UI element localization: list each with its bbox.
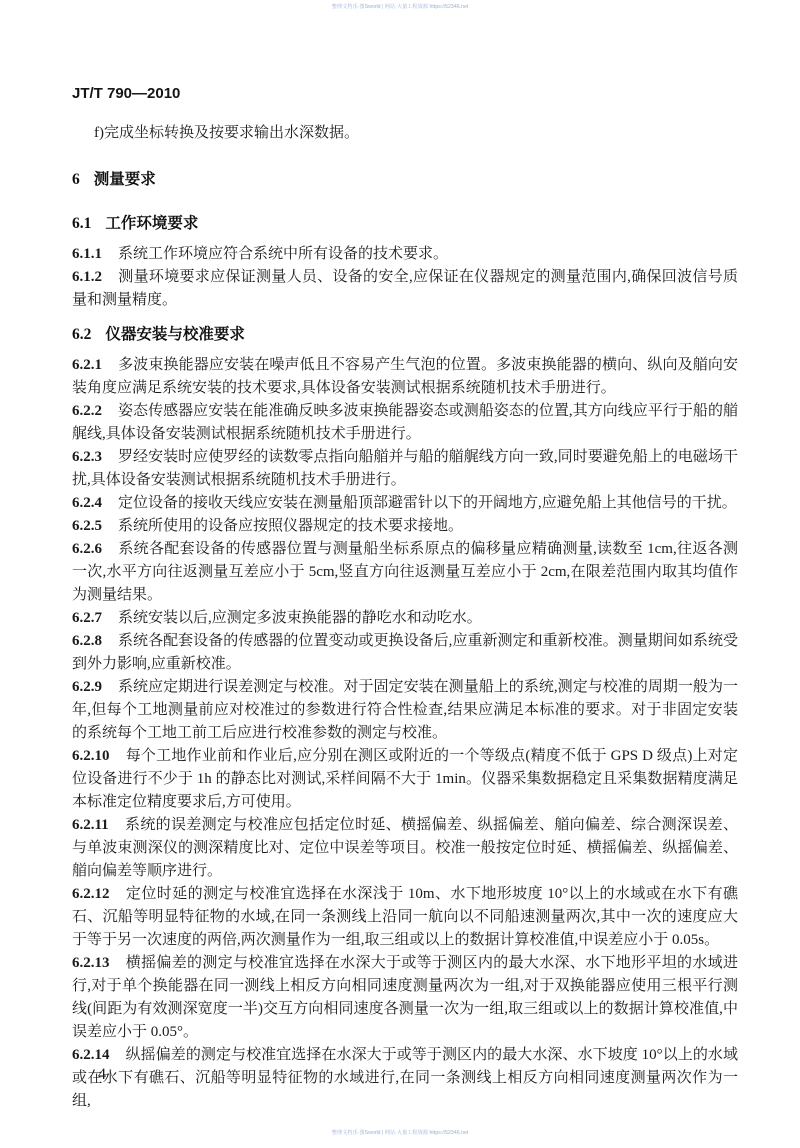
clause-number: 6.2.4	[72, 495, 102, 511]
clause: 6.2.12定位时延的测定与校准宜选择在水深浅于 10m、水下地形坡度 10°以…	[72, 883, 738, 952]
clause: 6.1.2测量环境要求应保证测量人员、设备的安全,应保证在仪器规定的测量范围内,…	[72, 266, 738, 312]
section-heading-6-1: 6.1工作环境要求	[72, 213, 738, 235]
clause-text: 每个工地作业前和作业后,应分别在测区或附近的一个等级点(精度不低于 GPS D …	[72, 748, 738, 810]
clause-number: 6.2.10	[72, 748, 110, 764]
clause: 6.2.6系统各配套设备的传感器位置与测量船坐标系原点的偏移量应精确测量,读数至…	[72, 538, 738, 607]
clause-text: 系统各配套设备的传感器的位置变动或更换设备后,应重新测定和重新校准。测量期间如系…	[72, 633, 738, 672]
clause-number: 6.2.3	[72, 449, 102, 465]
clause: 6.2.5系统所使用的设备应按照仪器规定的技术要求接地。	[72, 515, 738, 538]
clause: 6.2.14纵摇偏差的测定与校准宜选择在水深大于或等于测区内的最大水深、水下坡度…	[72, 1044, 738, 1113]
clause-text: 测量环境要求应保证测量人员、设备的安全,应保证在仪器规定的测量范围内,确保回波信…	[72, 269, 738, 308]
clause-text: 系统所使用的设备应按照仪器规定的技术要求接地。	[118, 518, 463, 534]
clause-text: 姿态传感器应安装在能准确反映多波束换能器姿态或测船姿态的位置,其方向线应平行于船…	[72, 403, 738, 442]
clause: 6.2.9系统应定期进行误差测定与校准。对于固定安装在测量船上的系统,测定与校准…	[72, 676, 738, 745]
clause: 6.2.13横摇偏差的测定与校准宜选择在水深大于或等于测区内的最大水深、水下地形…	[72, 952, 738, 1044]
clause-text: 系统各配套设备的传感器位置与测量船坐标系原点的偏移量应精确测量,读数至 1cm,…	[72, 541, 738, 603]
clause: 6.2.4定位设备的接收天线应安装在测量船顶部避雷针以下的开阔地方,应避免船上其…	[72, 492, 738, 515]
clause-text: 罗经安装时应使罗经的读数零点指向船艏并与船的艏艉线方向一致,同时要避免船上的电磁…	[72, 449, 738, 488]
clause-number: 6.2.9	[72, 679, 102, 695]
clause-number: 6.1.1	[72, 246, 102, 262]
chapter-heading: 6测量要求	[72, 169, 738, 191]
clause-text: 系统工作环境应符合系统中所有设备的技术要求。	[118, 246, 448, 262]
section-heading-6-2: 6.2仪器安装与校准要求	[72, 324, 738, 346]
clause-text: 多波束换能器应安装在噪声低且不容易产生气泡的位置。多波束换能器的横向、纵向及艏向…	[72, 357, 738, 396]
section-title: 仪器安装与校准要求	[105, 326, 245, 343]
clause: 6.2.10每个工地作业前和作业后,应分别在测区或附近的一个等级点(精度不低于 …	[72, 745, 738, 814]
clause-text: 纵摇偏差的测定与校准宜选择在水深大于或等于测区内的最大水深、水下坡度 10°以上…	[72, 1047, 738, 1109]
clause-number: 6.2.8	[72, 633, 102, 649]
clause-text: 定位时延的测定与校准宜选择在水深浅于 10m、水下地形坡度 10°以上的水域或在…	[72, 886, 738, 948]
section-title: 工作环境要求	[105, 215, 198, 232]
clause-number: 6.2.13	[72, 955, 110, 971]
chapter-number: 6	[72, 171, 80, 188]
document-page: JT/T 790—2010 f)完成坐标转换及按要求输出水深数据。 6测量要求 …	[72, 0, 738, 1113]
chapter-title: 测量要求	[94, 171, 156, 188]
clause-number: 6.1.2	[72, 269, 102, 285]
clause-number: 6.2.6	[72, 541, 102, 557]
clause-number: 6.2.1	[72, 357, 102, 373]
list-item-f: f)完成坐标转换及按要求输出水深数据。	[72, 122, 738, 145]
watermark-bottom: 整理文档乐·图Sworld | 网站·大量工程资源 https://52346.…	[192, 1128, 608, 1136]
clause-text: 系统应定期进行误差测定与校准。对于固定安装在测量船上的系统,测定与校准的周期一般…	[72, 679, 738, 741]
clause: 6.2.7系统安装以后,应测定多波束换能器的静吃水和动吃水。	[72, 607, 738, 630]
page-number: 4	[98, 1066, 106, 1084]
clause-text: 横摇偏差的测定与校准宜选择在水深大于或等于测区内的最大水深、水下地形平坦的水域进…	[72, 955, 738, 1040]
clause: 6.2.1多波束换能器应安装在噪声低且不容易产生气泡的位置。多波束换能器的横向、…	[72, 354, 738, 400]
doc-code-header: JT/T 790—2010	[72, 84, 738, 104]
clause-text: 定位设备的接收天线应安装在测量船顶部避雷针以下的开阔地方,应避免船上其他信号的干…	[118, 495, 737, 511]
clause-number: 6.2.2	[72, 403, 102, 419]
clause: 6.2.8系统各配套设备的传感器的位置变动或更换设备后,应重新测定和重新校准。测…	[72, 630, 738, 676]
clause-number: 6.2.5	[72, 518, 102, 534]
clause-text: 系统的误差测定与校准应包括定位时延、横摇偏差、纵摇偏差、艏向偏差、综合测深误差、…	[72, 817, 738, 879]
clause: 6.1.1系统工作环境应符合系统中所有设备的技术要求。	[72, 243, 738, 266]
clause-number: 6.2.12	[72, 886, 110, 902]
clause-number: 6.2.11	[72, 817, 109, 833]
clause-number: 6.2.7	[72, 610, 102, 626]
section-number: 6.2	[72, 326, 91, 343]
clause: 6.2.2姿态传感器应安装在能准确反映多波束换能器姿态或测船姿态的位置,其方向线…	[72, 400, 738, 446]
clause-number: 6.2.14	[72, 1047, 110, 1063]
clause: 6.2.11系统的误差测定与校准应包括定位时延、横摇偏差、纵摇偏差、艏向偏差、综…	[72, 814, 738, 883]
clause-text: 系统安装以后,应测定多波束换能器的静吃水和动吃水。	[118, 610, 482, 626]
clause: 6.2.3罗经安装时应使罗经的读数零点指向船艏并与船的艏艉线方向一致,同时要避免…	[72, 446, 738, 492]
section-number: 6.1	[72, 215, 91, 232]
